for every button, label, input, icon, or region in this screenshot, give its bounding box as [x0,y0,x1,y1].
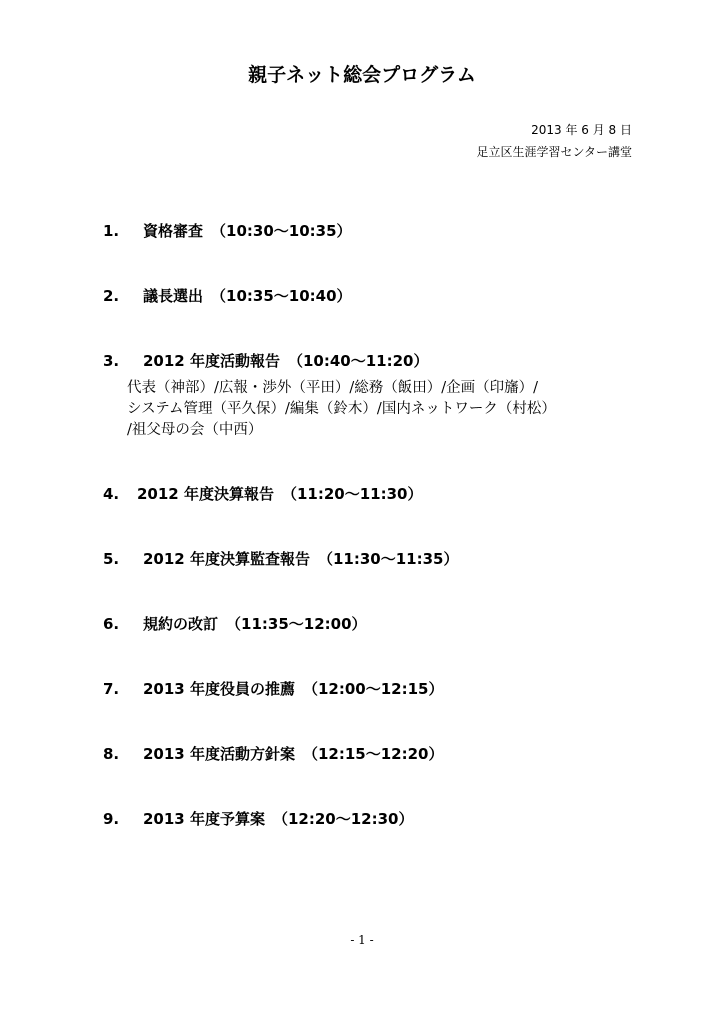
details-line: 代表（神部）/広報・渉外（平田）/総務（飯田）/企画（印旛）/ [127,378,647,399]
agenda-item-label: 議長選出 [143,287,203,305]
page-number: - 1 - [0,933,724,947]
agenda-item-label: 2013 年度役員の推薦 [143,680,295,698]
document-title: 親子ネット総会プログラム [0,60,724,87]
agenda-item: 2.議長選出（10:35〜10:40） [103,285,352,306]
agenda-item-time: （11:20〜11:30） [282,485,423,503]
agenda-item-label: 2012 年度決算監査報告 [143,550,310,568]
agenda-item-time: （11:35〜12:00） [226,615,367,633]
agenda-item-number: 7. [103,680,143,698]
agenda-item-time: （12:00〜12:15） [303,680,444,698]
event-venue: 足立区生涯学習センター講堂 [476,143,632,160]
agenda-item-label: 2012 年度決算報告 [137,485,274,503]
agenda-item-label: 規約の改訂 [143,615,218,633]
agenda-item: 3.2012 年度活動報告（10:40〜11:20） [103,350,428,371]
activity-report-details: 代表（神部）/広報・渉外（平田）/総務（飯田）/企画（印旛）/ システム管理（平… [127,378,647,441]
agenda-item-number: 2. [103,287,143,305]
agenda-item-label: 2013 年度予算案 [143,810,265,828]
agenda-item: 4.2012 年度決算報告（11:20〜11:30） [103,483,422,504]
agenda-item-label: 資格審査 [143,222,203,240]
agenda-item-time: （12:20〜12:30） [273,810,414,828]
agenda-item: 8.2013 年度活動方針案（12:15〜12:20） [103,743,443,764]
agenda-item-number: 3. [103,352,143,370]
agenda-item-label: 2012 年度活動報告 [143,352,280,370]
agenda-item-time: （12:15〜12:20） [303,745,444,763]
agenda-item: 1.資格審査（10:30〜10:35） [103,220,352,241]
agenda-item-time: （10:35〜10:40） [211,287,352,305]
agenda-item-number: 4. [103,485,137,503]
agenda-item: 6.規約の改訂（11:35〜12:00） [103,613,367,634]
details-line: /祖父母の会（中西） [127,420,647,441]
agenda-item-number: 8. [103,745,143,763]
agenda-item-time: （10:40〜11:20） [288,352,429,370]
agenda-item: 9.2013 年度予算案（12:20〜12:30） [103,808,413,829]
agenda-item-time: （10:30〜10:35） [211,222,352,240]
agenda-item-number: 1. [103,222,143,240]
event-date: 2013 年 6 月 8 日 [531,121,632,138]
agenda-item-time: （11:30〜11:35） [318,550,459,568]
details-line: システム管理（平久保）/編集（鈴木）/国内ネットワーク（村松） [127,399,647,420]
agenda-item-number: 6. [103,615,143,633]
agenda-item-number: 5. [103,550,143,568]
agenda-item-label: 2013 年度活動方針案 [143,745,295,763]
agenda-item: 7.2013 年度役員の推薦（12:00〜12:15） [103,678,443,699]
agenda-item: 5.2012 年度決算監査報告（11:30〜11:35） [103,548,458,569]
agenda-item-number: 9. [103,810,143,828]
